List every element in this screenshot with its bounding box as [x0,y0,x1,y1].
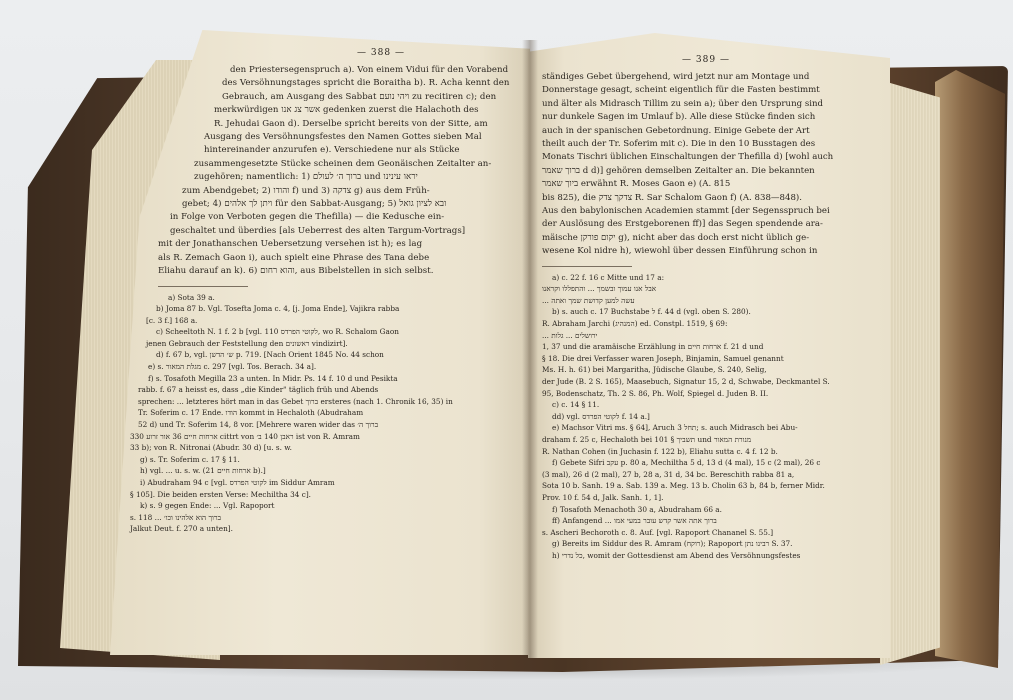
footnote-line: 330 ארחות חיים 36 אור זרוע cittrt von רא… [130,431,512,443]
footnote-line: c) c. 14 § 11. [542,399,870,411]
page-number-right: — 389 — [542,55,870,65]
body-line: merkwürdigen אשר צג אנו gedenken zuerst … [214,104,512,117]
footnote-line: draham f. 25 c, Hechaloth bei תשביך § 10… [542,434,870,446]
body-line: theilt auch der Tr. Soferim mit c). Die … [542,138,870,151]
body-line: des Versöhnungstages spricht die Boraith… [222,77,512,90]
footnote-line: dd) vgl. לקוטי הפרדס f. 14 a.] [542,411,870,423]
body-line: in Folge von Verboten gegen die Thefilla… [170,211,512,224]
body-line: und älter als Midrasch Tillim zu sein a)… [542,98,870,111]
footnote-line: § 18. Die drei Verfasser waren Joseph, B… [542,353,870,365]
footnote-divider [542,266,632,267]
footnote-line: 95, Bodenschatz, Th. 2 S. 86, Ph. Wolf, … [542,388,870,400]
body-line: wesene Kol nidre h), wiewohl über dessen… [542,245,870,258]
footnote-line: Sota 10 b. Sanh. 19 a. Sab. 139 a. Meg. … [542,480,870,492]
body-line: Gebrauch, am Ausgang des Sabbat ויהי נוע… [222,91,512,104]
page-number-left: — 388 — [230,48,512,58]
footnote-line: (3 mal), 26 d (2 mal), 27 b, 28 a, 31 d,… [542,469,870,481]
footnote-line: jenen Gebrauch der Feststellung den ראשו… [146,338,512,350]
footnote-line: f) Gebete Sifri עקב p. 80 a, Mechiltha 5… [542,457,870,469]
footnote-line: b) s. auch c. 17 Buchstabe ל f. 44 d (vg… [542,306,870,318]
body-line: mit der Jonathanschen Uebersetzung verse… [158,238,512,251]
footnote-line: sprechen: ... letzteres hört man in das … [138,396,512,408]
body-line: ständiges Gebet übergehend, wird jetzt n… [542,71,870,84]
footnote-line: 33 b); von R. Nitronai (Abudr. 30 d) [u.… [130,442,512,454]
body-line: R. Jehudai Gaon d). Derselbe spricht ber… [214,118,512,131]
body-line: Donnerstage gesagt, scheint eigentlich f… [542,84,870,97]
right-page-footnotes: a) c. 22 f. 16 c Mitte und 17 a: אבל אנו… [542,272,870,562]
right-page-body: ständiges Gebet übergehend, wird jetzt n… [542,71,870,259]
footnote-line: Prov. 10 f. 54 d, Jalk. Sanh. 1, 1]. [542,492,870,504]
footnote-line: R. Nathan Cohen (in Juchasin f. 122 b), … [542,446,870,458]
body-line: als R. Zemach Gaon i), auch spielt eine … [158,252,512,265]
body-line: auch in der spanischen Gebetordnung. Ein… [542,125,870,138]
body-line: Ausgang des Versöhnungsfestes den Namen … [204,131,512,144]
footnote-line: k) s. 9 gegen Ende: ... Vgl. Rapoport [130,500,512,512]
footnote-line: i) Abudraham 94 c [vgl. לקוטי הפרדס im S… [130,477,512,489]
left-page-footnotes: a) Sota 39 a. b) Joma 87 b. Vgl. Tosefta… [230,292,512,535]
footnote-line: h) vgl. ... u. s. w. (ארחות חיים 21 b).] [130,465,512,477]
body-line: hintereinander anzurufen e). Verschieden… [204,144,512,157]
footnote-line: c) Scheeltoth N. 1 f. 2 b [vgl. לקוטי הפ… [146,326,512,338]
footnote-line: ... עשה למען קדושת שמך ואתה [542,295,870,307]
footnote-line: ... ירושלים ... גלות [542,330,870,342]
footnote-line: ff) Anfangend ... ברוך אתה אשר קדש עובר … [542,515,870,527]
body-line: den Priestersegenspruch a). Von einem Vi… [230,64,512,77]
body-line: zum Abendgebet; 2) והודו f) und 3) צדקה … [182,185,512,198]
footnote-line: אבל אנו עמוך ובשמך ... והתפללו וקראנו [542,283,870,295]
footnote-line: f) Tosafoth Menachoth 30 a, Abudraham 66… [542,504,870,516]
footnote-line: Ms. H. h. 61) bei Margaritha, Jüdische G… [542,364,870,376]
body-line: gebet; 4) ויתן לך אלהים für den Sabbat-A… [182,198,512,211]
footnote-line: § 105]. Die beiden ersten Verse: Mechilt… [130,489,512,501]
footnote-line: a) Sota 39 a. [158,292,512,304]
right-page: — 389 — ständiges Gebet übergehend, wird… [528,33,890,658]
footnote-line: s. 118 ... ברוך הוא אלהינו וכו׳ [130,512,512,524]
footnote-line: h) כל נדרי, womit der Gottesdienst am Ab… [542,550,870,562]
body-line: Aus den babylonischen Academien stammt [… [542,205,870,218]
body-line: der Auslösung des Erstgeborenen ff)] das… [542,218,870,231]
body-line: bis 825), die צדקך צדק R. Sar Schalom Ga… [542,192,870,205]
body-line: Monats Tischri üblichen Einschaltungen d… [542,151,870,164]
footnote-line: R. Abraham Jarchi (המנהיג) ed. Constpl. … [542,318,870,330]
footnote-line: der Jude (B. 2 S. 165), Maasebuch, Signa… [542,376,870,388]
left-page: — 388 — den Priestersegenspruch a). Von … [110,30,530,655]
footnote-divider [158,286,248,287]
footnote-line: f) s. Tosafoth Megilla 23 a unten. In Mi… [138,373,512,385]
body-line: geschaltet und überdies [als Ueberrest d… [170,225,512,238]
body-line: nur dunkele Sagen im Umlauf b). Alle die… [542,111,870,124]
footnote-line: e) Machsor Vitri ms. § 64], Aruch תחל 3;… [542,422,870,434]
footnote-line: s. Ascheri Bechoroth c. 8. Auf. [vgl. Ra… [542,527,870,539]
body-line: ביוך שאמר erwähnt R. Moses Gaon e) (A. 8… [542,178,870,191]
footnote-line: e) s. מגלת המאור c. 297 [vgl. Tos. Berac… [138,361,512,373]
footnote-line: Jalkut Deut. f. 270 a unten]. [130,523,512,535]
body-line: mäische יקום פורקן g), nicht aber das do… [542,232,870,245]
left-page-body: den Priestersegenspruch a). Von einem Vi… [230,64,512,279]
footnote-line: Tr. Soferim c. 17 Ende. הודו kommt in He… [138,407,512,419]
footnote-line: [c. 3 f.] 168 a. [146,315,512,327]
footnote-line: b) Joma 87 b. Vgl. Tosefta Joma c. 4, [j… [146,303,512,315]
body-line: ברוך שאמר d d)] gehören demselben Zeital… [542,165,870,178]
body-line: Eliahu darauf an k). 6) והוא רחום, aus B… [158,265,512,278]
footnote-line: 52 d) und Tr. Soferim 14, 8 vor. [Mehrer… [138,419,512,431]
footnote-line: 1, 37 und die aramäische Erzählung in אר… [542,341,870,353]
body-line: zusammengesetzte Stücke scheinen dem Geo… [194,158,512,171]
footnote-line: rabb. f. 67 a heisst es, dass „die Kinde… [138,384,512,396]
book-gutter [522,40,538,658]
footnote-line: a) c. 22 f. 16 c Mitte und 17 a: [542,272,870,284]
footnote-line: g) Bereits im Siddur des R. Amram (רוקח)… [542,538,870,550]
book-cover-right-edge [935,70,1005,668]
body-line: zugehören; namentlich: 1) ברוך ה׳ לעולם … [194,171,512,184]
footnote-line: d) f. 67 b, vgl. ש׳ הדשן p. 719. [Nach O… [146,349,512,361]
footnote-line: g) s. Tr. Soferim c. 17 § 11. [130,454,512,466]
